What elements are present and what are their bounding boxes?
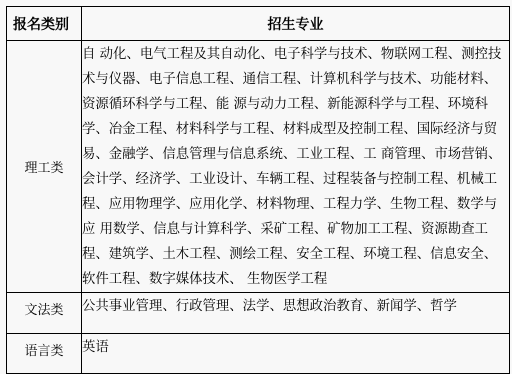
majors-cell: 自 动化、电气工程及其自动化、电子科学与技术、物联网工程、测控技术与仪器、电子信… xyxy=(82,41,510,293)
majors-table: 报名类别 招生专业 理工类 自 动化、电气工程及其自动化、电子科学与技术、物联网… xyxy=(6,6,510,364)
majors-cell: 英语 xyxy=(82,334,510,365)
table-row-language: 语言类 英语 xyxy=(7,334,510,365)
header-majors: 招生专业 xyxy=(82,7,510,41)
table-row-humanities-law: 文法类 公共事业管理、行政管理、法学、思想政治教育、新闻学、哲学 xyxy=(7,293,510,334)
category-cell: 理工类 xyxy=(7,41,82,293)
majors-cell: 公共事业管理、行政管理、法学、思想政治教育、新闻学、哲学 xyxy=(82,293,510,334)
header-row: 报名类别 招生专业 xyxy=(7,7,510,41)
category-cell: 语言类 xyxy=(7,334,82,365)
table-row-science-engineering: 理工类 自 动化、电气工程及其自动化、电子科学与技术、物联网工程、测控技术与仪器… xyxy=(7,41,510,293)
header-category: 报名类别 xyxy=(7,7,82,41)
category-cell: 文法类 xyxy=(7,293,82,334)
